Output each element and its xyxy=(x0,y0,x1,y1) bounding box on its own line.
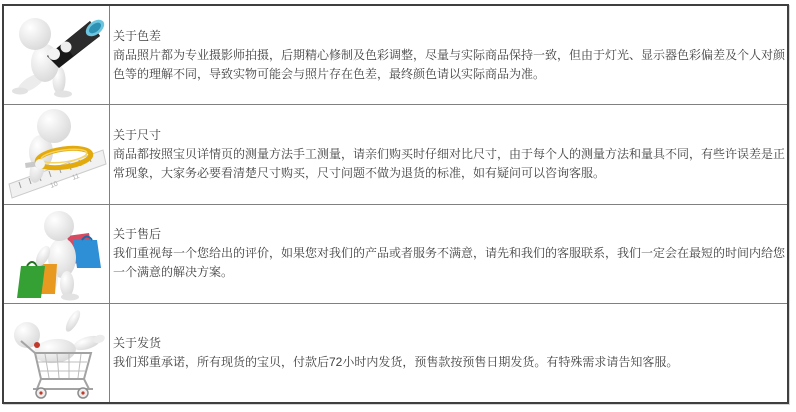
row-illustration-cell xyxy=(4,6,110,104)
section-title: 关于发货 xyxy=(113,334,785,353)
section-title: 关于尺寸 xyxy=(113,126,785,145)
row-text-cell: 关于发货 我们郑重承诺，所有现货的宝贝，付款后72小时内发货，预售款按预售日期发… xyxy=(110,304,787,402)
table-row: 10 11 关于尺寸 商品都按照宝贝详情页的测量方法手工测量，请亲们购买时仔细对… xyxy=(4,105,787,204)
table-row: 关于售后 我们重视每一个您给出的评价，如果您对我们的产品或者服务不满意，请先和我… xyxy=(4,205,787,304)
section-title: 关于售后 xyxy=(113,225,785,244)
table-row: 关于色差 商品照片都为专业摄影师拍摄，后期精心修制及色彩调整，尽量与实际商品保持… xyxy=(4,6,787,105)
section-body: 商品都按照宝贝详情页的测量方法手工测量，请亲们购买时仔细对比尺寸，由于每个人的测… xyxy=(113,145,785,183)
section-body: 商品照片都为专业摄影师拍摄，后期精心修制及色彩调整，尽量与实际商品保持一致，但由… xyxy=(113,46,785,84)
shopping-cart-figure-icon xyxy=(7,307,107,399)
table-row: 关于发货 我们郑重承诺，所有现货的宝贝，付款后72小时内发货，预售款按预售日期发… xyxy=(4,304,787,402)
row-text-cell: 关于色差 商品照片都为专业摄影师拍摄，后期精心修制及色彩调整，尽量与实际商品保持… xyxy=(110,6,787,104)
ruler-magnifier-figure-icon: 10 11 xyxy=(7,108,107,200)
shopping-bags-figure-icon xyxy=(7,206,107,302)
photographer-camera-figure-icon xyxy=(7,9,107,101)
section-title: 关于色差 xyxy=(113,27,785,46)
row-illustration-cell xyxy=(4,304,110,402)
row-text-cell: 关于尺寸 商品都按照宝贝详情页的测量方法手工测量，请亲们购买时仔细对比尺寸，由于… xyxy=(110,105,787,203)
product-notice-table: 关于色差 商品照片都为专业摄影师拍摄，后期精心修制及色彩调整，尽量与实际商品保持… xyxy=(2,4,789,404)
row-text-cell: 关于售后 我们重视每一个您给出的评价，如果您对我们的产品或者服务不满意，请先和我… xyxy=(110,205,787,303)
section-body: 我们郑重承诺，所有现货的宝贝，付款后72小时内发货，预售款按预售日期发货。有特殊… xyxy=(113,353,785,372)
section-body: 我们重视每一个您给出的评价，如果您对我们的产品或者服务不满意，请先和我们的客服联… xyxy=(113,244,785,282)
row-illustration-cell: 10 11 xyxy=(4,105,110,203)
row-illustration-cell xyxy=(4,205,110,303)
